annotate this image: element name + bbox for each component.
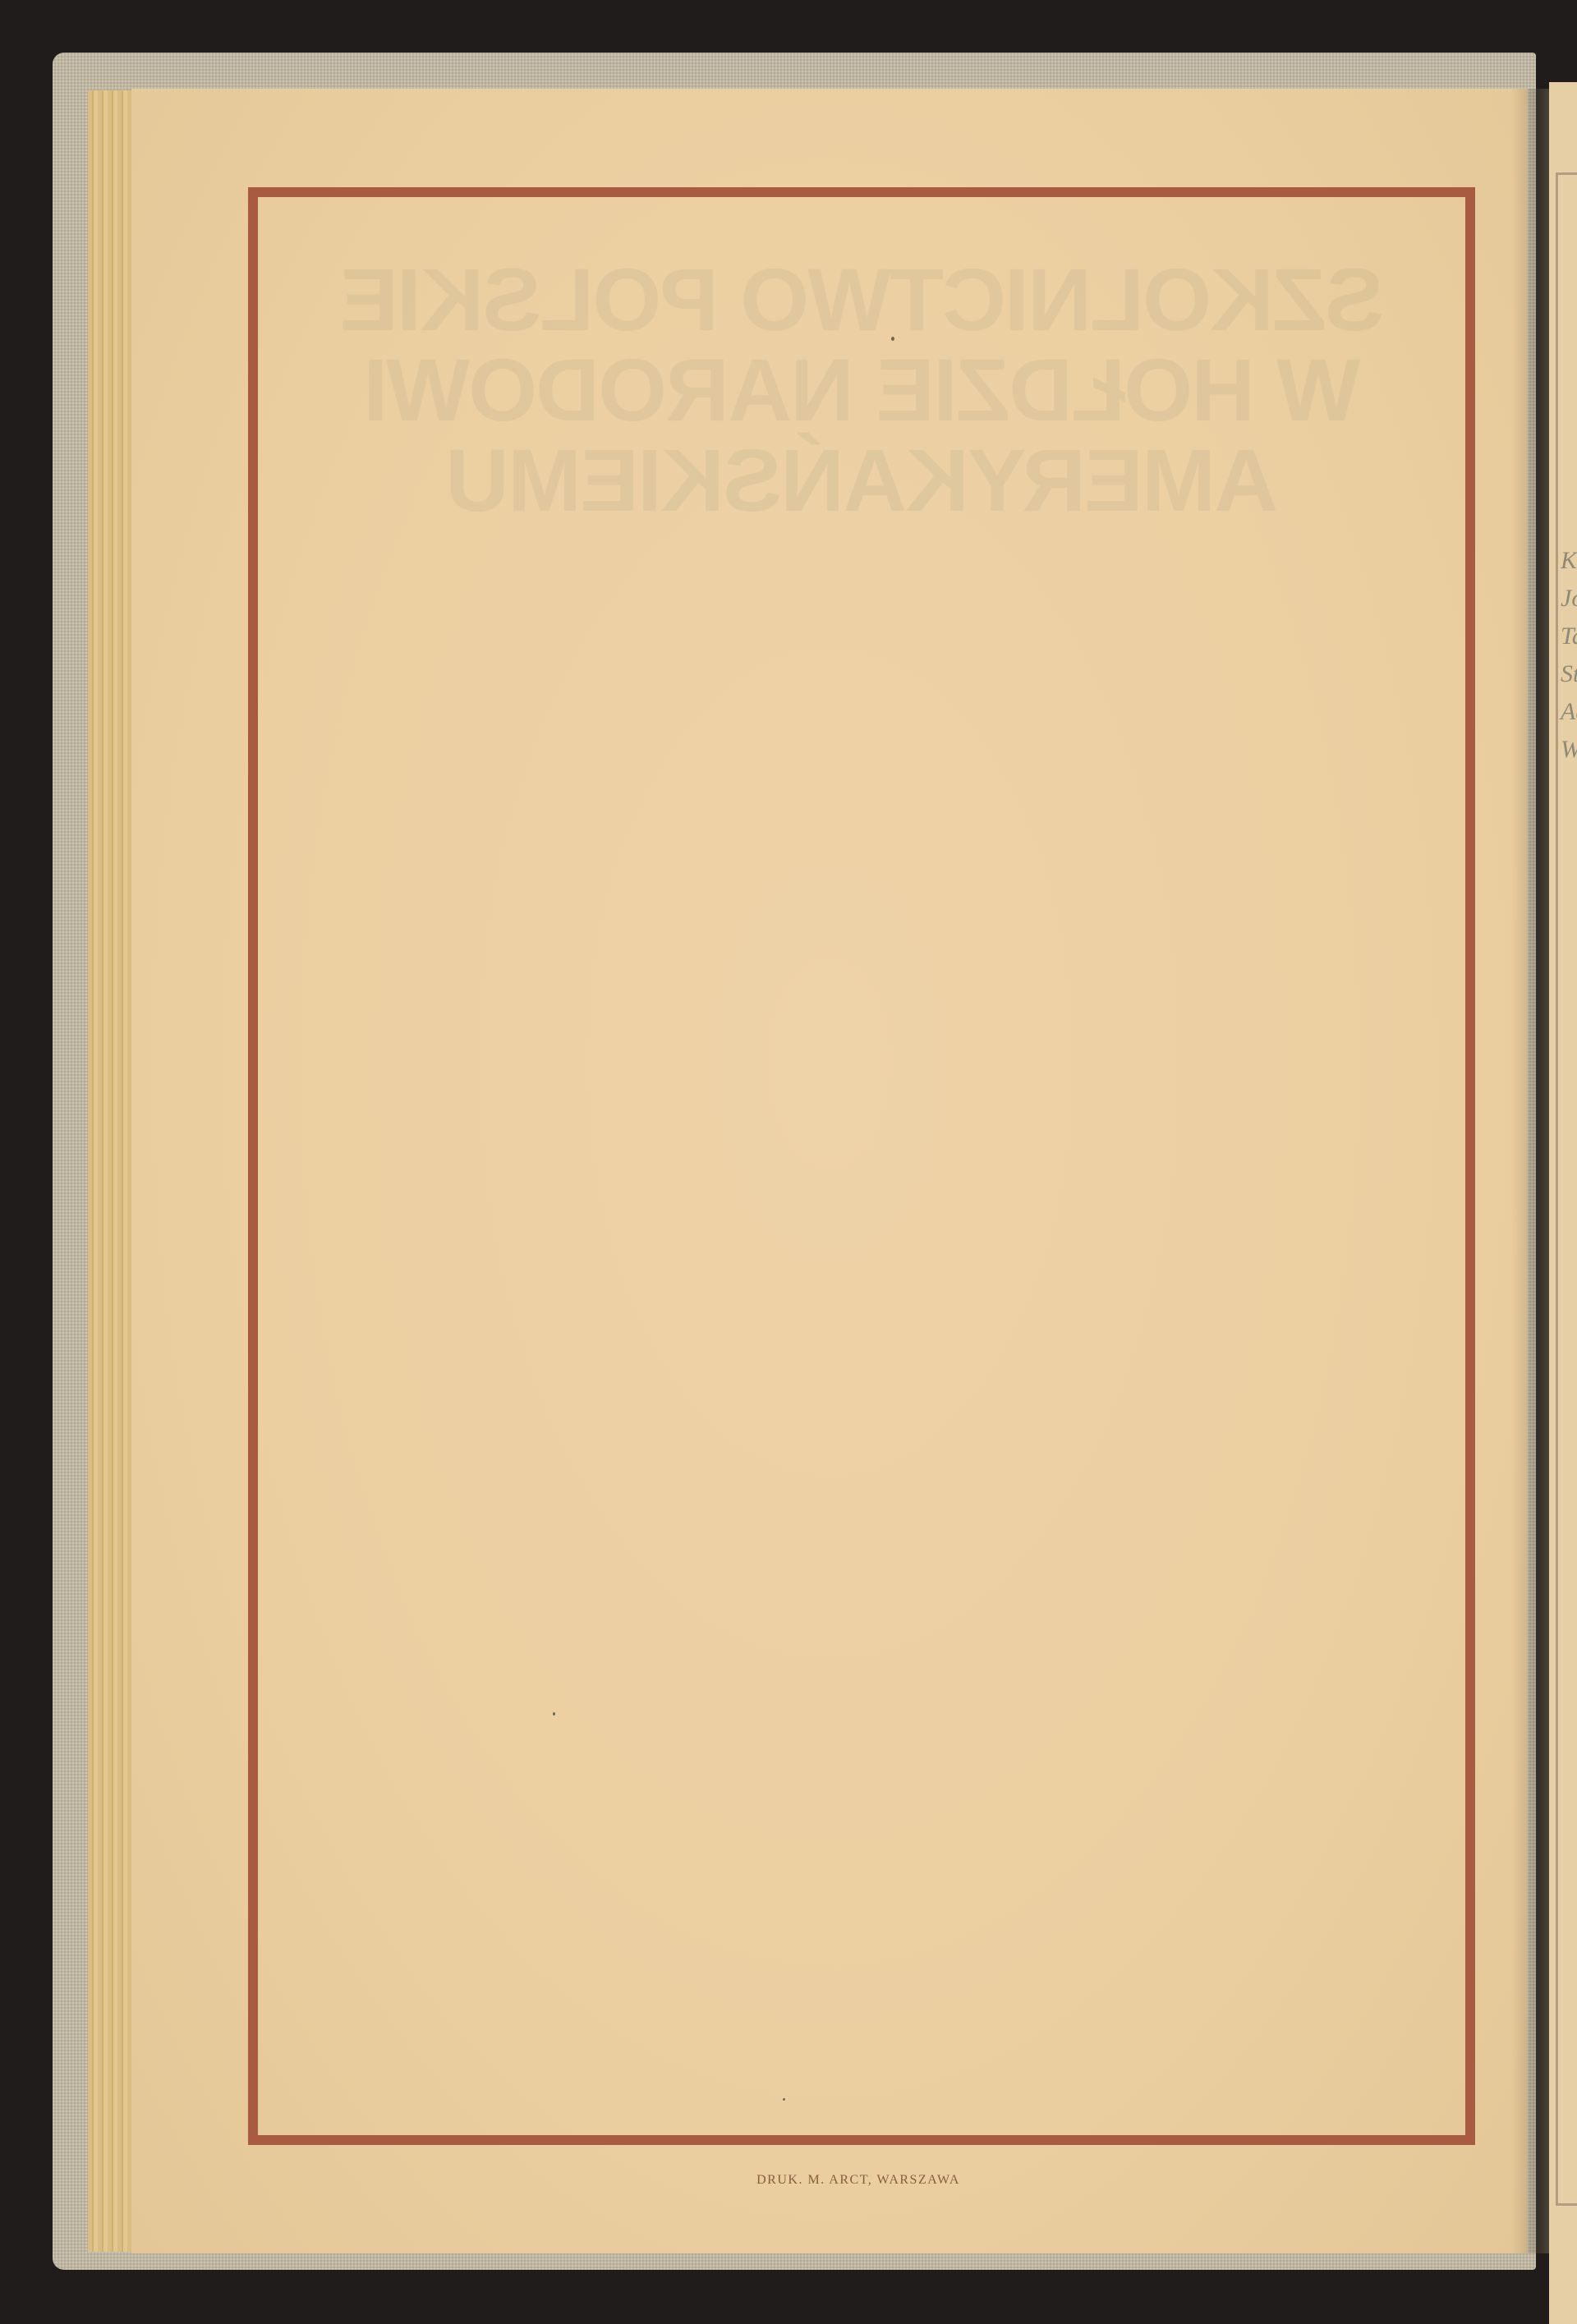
handwriting-fragment: St [1561, 655, 1577, 693]
handwriting-fragment: Jo [1561, 580, 1577, 618]
handwriting-fragment: Wa [1561, 731, 1577, 769]
paper-speck [783, 2098, 785, 2101]
paper-speck [553, 1712, 555, 1715]
adjacent-page-border [1556, 172, 1577, 2206]
page-stack-edge [88, 90, 134, 2252]
paper-speck [891, 337, 894, 341]
adjacent-page-edge: Ka Jo Ta St Ad Wa [1549, 82, 1577, 2324]
handwriting-fragment: Ka [1561, 542, 1577, 580]
adjacent-page-handwriting: Ka Jo Ta St Ad Wa [1561, 542, 1577, 769]
printer-imprint: DRUK. M. ARCT, WARSZAWA [0, 2173, 1577, 2188]
handwriting-fragment: Ad [1561, 693, 1577, 731]
handwriting-fragment: Ta [1561, 618, 1577, 655]
gutter-shadow [1511, 89, 1549, 2253]
decorative-frame-border [248, 187, 1475, 2145]
